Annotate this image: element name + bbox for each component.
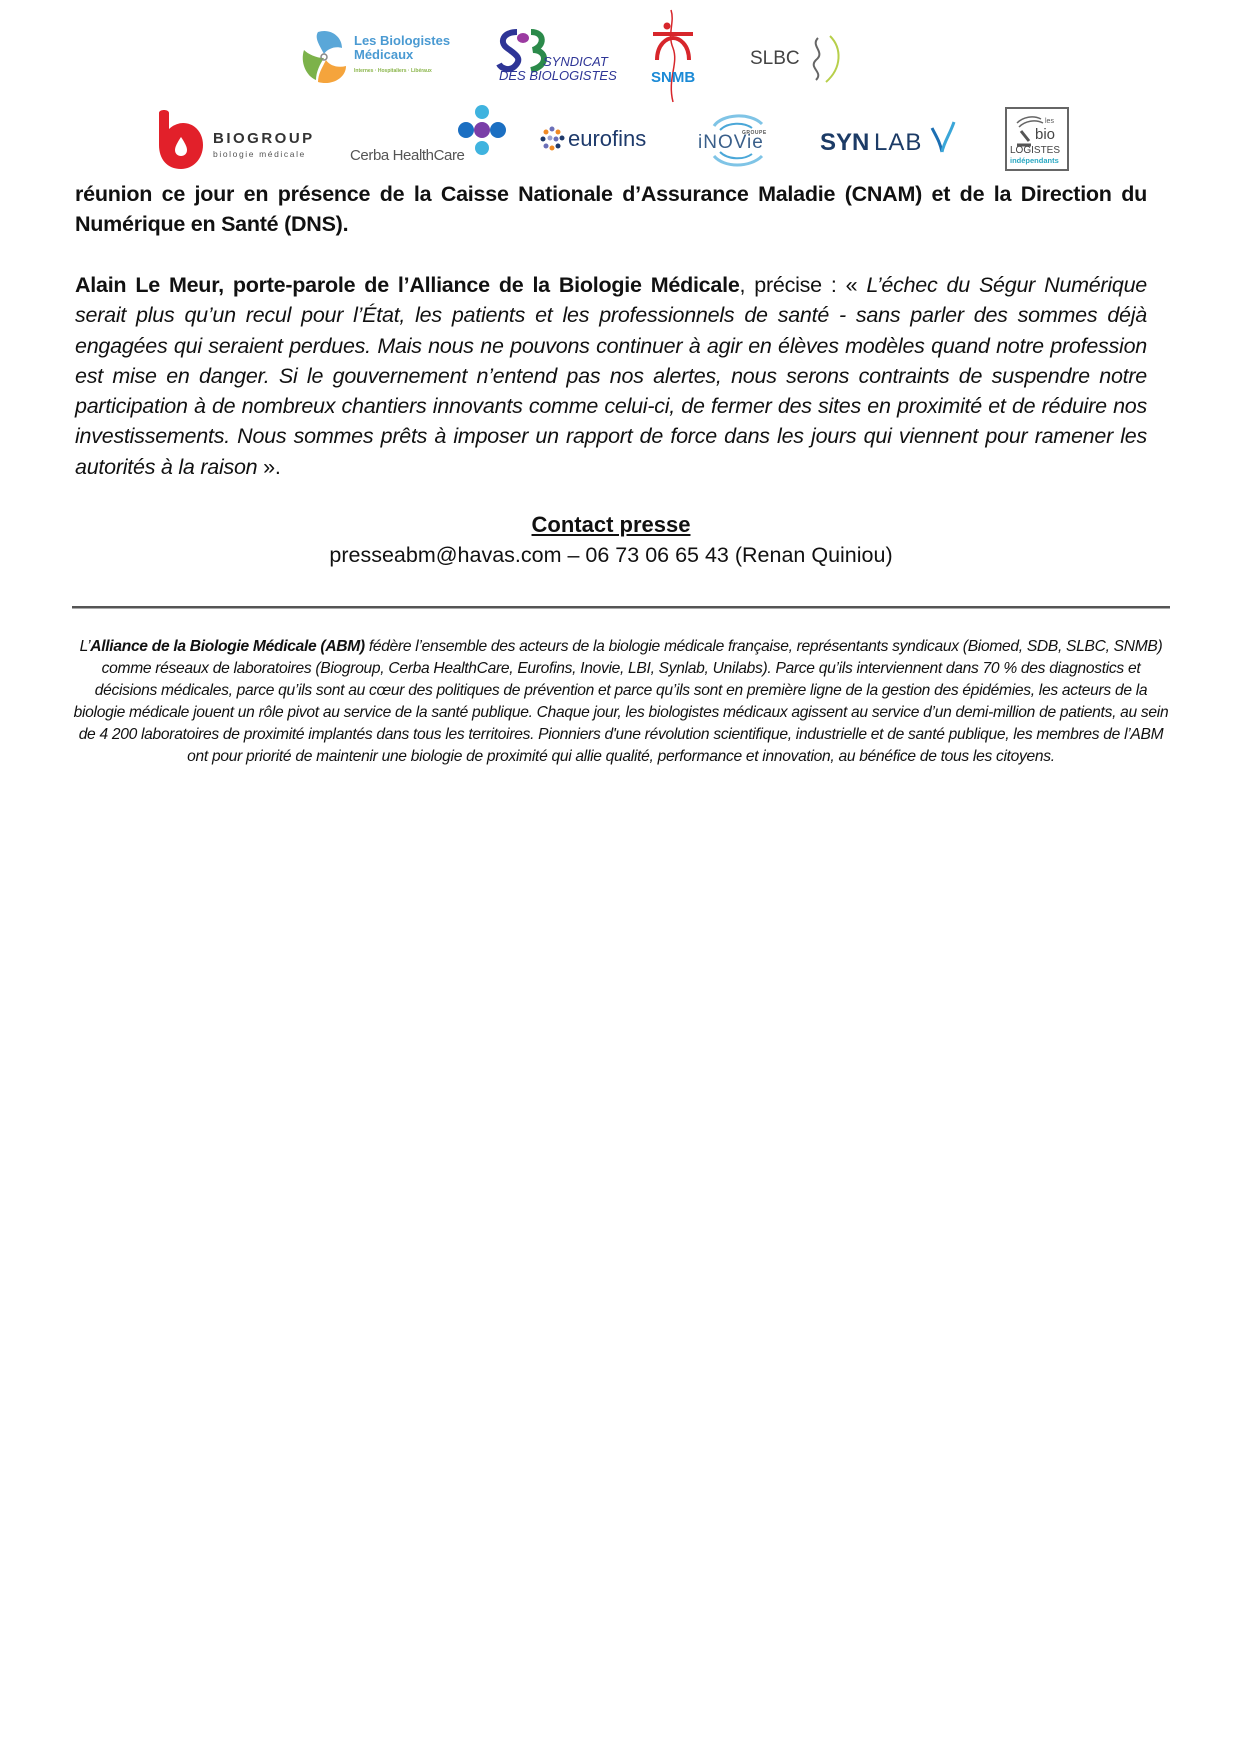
svg-text:DES BIOLOGISTES: DES BIOLOGISTES (499, 68, 617, 83)
snmb-emblem-icon: SNMB (645, 8, 700, 104)
logo-cerba-healthcare: Cerba HealthCare (348, 104, 513, 170)
logo-eurofins: eurofins (538, 122, 663, 158)
press-contact-details[interactable]: presseabm@havas.com – 06 73 06 65 43 (Re… (75, 540, 1147, 570)
logo-les-biologistes-medicaux: Les Biologistes Médicaux Internes · Hosp… (298, 28, 463, 86)
press-contact: Contact presse presseabm@havas.com – 06 … (75, 510, 1147, 570)
about-abm-footer: L’Alliance de la Biologie Médicale (ABM)… (72, 636, 1170, 768)
quote-speaker: Alain Le Meur, porte-parole de l’Allianc… (75, 273, 740, 297)
intro-paragraph: réunion ce jour en présence de la Caisse… (75, 179, 1147, 240)
press-contact-title: Contact presse (75, 510, 1147, 540)
quote-text: L’échec du Ségur Numérique serait plus q… (75, 273, 1147, 479)
svg-text:SNMB: SNMB (651, 69, 695, 86)
svg-text:LAB: LAB (874, 129, 922, 156)
svg-text:BIOGROUP: BIOGROUP (213, 130, 315, 147)
svg-text:eurofins: eurofins (568, 126, 646, 151)
logo-slbc: SLBC (750, 32, 842, 84)
logo-snmb: SNMB (645, 8, 700, 104)
footer-org-name: Alliance de la Biologie Médicale (ABM) (90, 638, 365, 655)
svg-text:bio: bio (1035, 126, 1055, 143)
svg-text:SYN: SYN (820, 129, 869, 156)
svg-text:Médicaux: Médicaux (354, 47, 414, 62)
logo-les-biologistes-independants: les bio LOGISTES indépendants (1005, 107, 1069, 171)
slbc-emblem-icon: SLBC (750, 32, 842, 84)
svg-text:Cerba HealthCare: Cerba HealthCare (350, 147, 465, 164)
quote-closing: ». (257, 455, 280, 479)
footer-description: fédère l’ensemble des acteurs de la biol… (74, 638, 1169, 765)
section-divider (72, 606, 1170, 609)
svg-text:SYNDICAT: SYNDICAT (543, 54, 609, 69)
les-biologistes-medicaux-emblem-icon: Les Biologistes Médicaux Internes · Hosp… (298, 28, 463, 86)
biogroup-emblem-icon: BIOGROUP biologie médicale (155, 107, 315, 173)
svg-text:LOGISTES: LOGISTES (1010, 145, 1060, 156)
svg-text:SLBC: SLBC (750, 48, 800, 69)
svg-text:biologie médicale: biologie médicale (213, 149, 306, 159)
cerba-emblem-icon: Cerba HealthCare (348, 104, 513, 170)
logo-syndicat-des-biologistes: SYNDICAT DES BIOLOGISTES (495, 28, 625, 86)
svg-text:Internes · Hospitaliers · Libé: Internes · Hospitaliers · Libéraux (354, 68, 432, 74)
logo-biogroup: BIOGROUP biologie médicale (155, 107, 315, 173)
inovie-emblem-icon: GROUPE iNOVie (692, 110, 784, 172)
svg-text:les: les (1045, 118, 1054, 125)
svg-text:iNOVie: iNOVie (698, 132, 764, 153)
svg-text:indépendants: indépendants (1010, 156, 1059, 165)
logo-groupe-inovie: GROUPE iNOVie (692, 110, 784, 172)
synlab-emblem-icon: SYN LAB (818, 118, 963, 160)
eurofins-emblem-icon: eurofins (538, 122, 663, 158)
logo-synlab: SYN LAB (818, 118, 963, 160)
footer-prefix: L’ (80, 638, 91, 655)
biologistes-independants-emblem-icon: les bio LOGISTES indépendants (1007, 109, 1067, 169)
intro-bold-text: réunion ce jour en présence de la Caisse… (75, 182, 1147, 236)
quote-paragraph: Alain Le Meur, porte-parole de l’Allianc… (75, 270, 1147, 482)
svg-text:Les Biologistes: Les Biologistes (354, 33, 450, 48)
quote-verb: , précise : « (740, 273, 867, 297)
syndicat-biologistes-emblem-icon: SYNDICAT DES BIOLOGISTES (495, 28, 625, 86)
